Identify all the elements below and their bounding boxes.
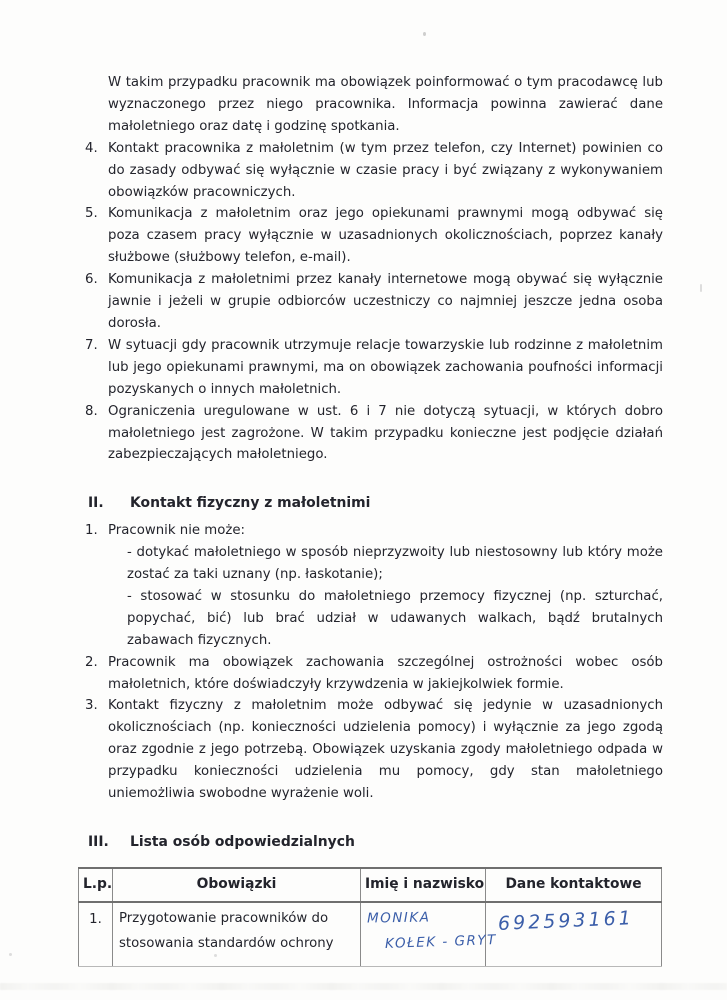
item-text: Komunikacja z małoletnimi przez kanały i… [108,272,663,331]
document-body: W takim przypadku pracownik ma obowiązek… [85,72,663,967]
table-cell-contact: 692593161 [486,902,662,967]
section-title: Kontakt fizyczny z małoletnimi [130,493,370,515]
item-number: 8. [85,401,98,423]
table-header-duties: Obowiązki [113,868,361,902]
item-number: 5. [85,203,98,225]
item-text: W sytuacji gdy pracownik utrzymuje relac… [108,338,663,397]
scan-artifact-dot [423,32,426,36]
list-item: 2. Pracownik ma obowiązek zachowania szc… [85,652,663,696]
table-cell-lp: 1. [79,902,113,967]
list-item: 3. Kontakt fizyczny z małoletnim może od… [85,695,663,805]
section-heading-3: III. Lista osób odpowiedzialnych [85,832,663,854]
item-text: Pracownik ma obowiązek zachowania szczeg… [108,655,663,692]
table-header-name: Imię i nazwisko [361,868,486,902]
item-text: Pracownik nie może: [108,523,245,538]
item-text: Kontakt fizyczny z małoletnim może odbyw… [108,698,663,801]
table-header-row: L.p. Obowiązki Imię i nazwisko Dane kont… [79,868,662,902]
table-header-contact: Dane kontaktowe [486,868,662,902]
sub-item: - dotykać małoletniego w sposób nieprzyz… [85,542,663,586]
section-number: II. [88,493,130,515]
list-item: 1. Pracownik nie może: [85,520,663,542]
list-item: 5. Komunikacja z małoletnim oraz jego op… [85,203,663,269]
item-text: Ograniczenia uregulowane w ust. 6 i 7 ni… [108,404,663,463]
list-item: 8. Ograniczenia uregulowane w ust. 6 i 7… [85,401,663,467]
list-item: 6. Komunikacja z małoletnimi przez kanał… [85,269,663,335]
scan-artifact-dot [214,954,217,957]
scan-edge-bottom [0,983,727,990]
table-header-lp: L.p. [79,868,113,902]
item-number: 7. [85,335,98,357]
section-title: Lista osób odpowiedzialnych [130,832,355,854]
scan-artifact-mark [700,284,702,292]
item-text: Komunikacja z małoletnim oraz jego opiek… [108,206,663,265]
item-number: 2. [85,652,98,674]
section-heading-2: II. Kontakt fizyczny z małoletnimi [85,493,663,515]
table-cell-name: MONIKA KOŁEK - GRYT [361,902,486,967]
item-number: 6. [85,269,98,291]
table-row: 1. Przygotowanie pracowników do stosowan… [79,902,662,967]
paragraph-continuation: W takim przypadku pracownik ma obowiązek… [85,72,663,138]
item-number: 1. [85,520,98,542]
scanned-document-page: W takim przypadku pracownik ma obowiązek… [0,0,727,1000]
list-item: 4. Kontakt pracownika z małoletnim (w ty… [85,138,663,204]
item-number: 3. [85,695,98,717]
handwritten-name-line2: KOŁEK - GRYT [385,928,498,957]
sub-item: - stosować w stosunku do małoletniego pr… [85,586,663,652]
section-number: III. [88,832,130,854]
list-item: 7. W sytuacji gdy pracownik utrzymuje re… [85,335,663,401]
item-number: 4. [85,138,98,160]
handwritten-phone-number: 692593161 [498,906,635,937]
item-text: Kontakt pracownika z małoletnim (w tym p… [108,141,663,200]
scan-artifact-dot [9,953,12,956]
table-cell-duty: Przygotowanie pracowników do stosowania … [113,902,361,967]
responsibility-table: L.p. Obowiązki Imię i nazwisko Dane kont… [78,867,662,967]
handwritten-name-line1: MONIKA [367,905,431,931]
